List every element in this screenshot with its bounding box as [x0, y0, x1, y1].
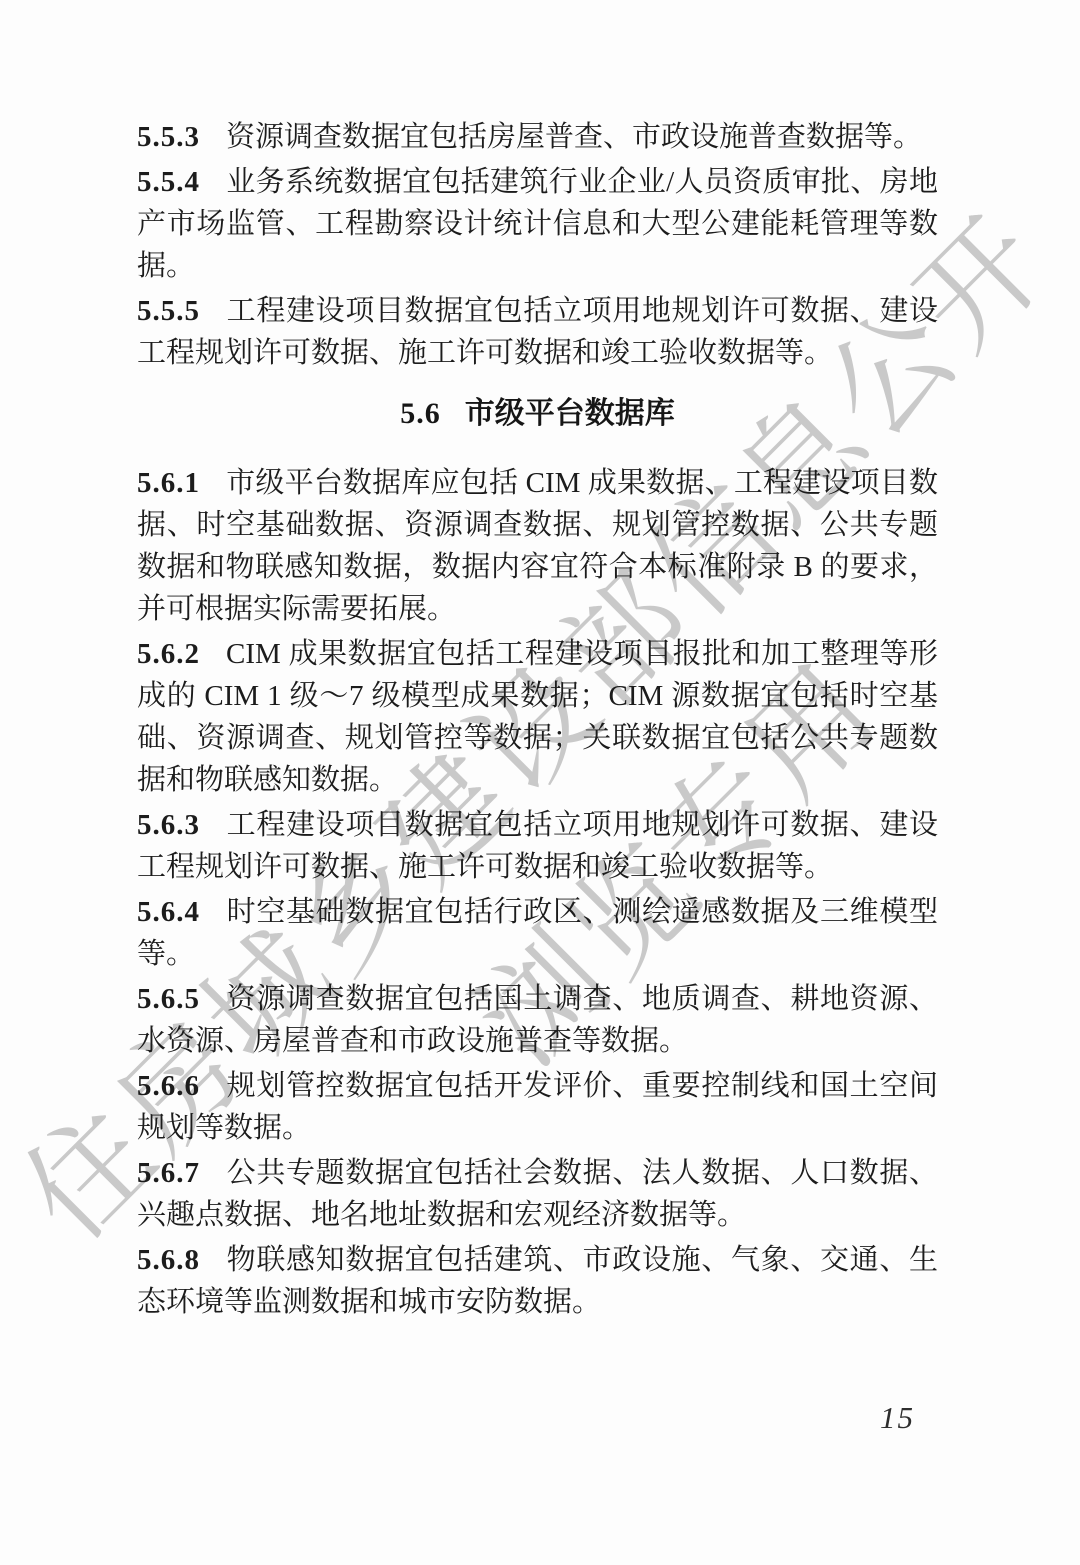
clause-5-5-3: 5.5.3资源调查数据宜包括房屋普查、市政设施普查数据等。	[137, 116, 938, 158]
clause-text: 物联感知数据宜包括建筑、市政设施、气象、交通、生态环境等监测数据和城市安防数据。	[137, 1244, 938, 1318]
clause-text: 规划管控数据宜包括开发评价、重要控制线和国土空间规划等数据。	[137, 1070, 938, 1144]
text-column: 5.5.3资源调查数据宜包括房屋普查、市政设施普查数据等。 5.5.4业务系统数…	[137, 116, 938, 1326]
page-number: 15	[880, 1400, 915, 1436]
clause-number: 5.6.6	[137, 1070, 200, 1102]
clause-number: 5.5.4	[137, 166, 200, 198]
clause-5-5-4: 5.5.4业务系统数据宜包括建筑行业企业/人员资质审批、房地产市场监管、工程勘察…	[137, 161, 938, 287]
clause-number: 5.6.5	[137, 983, 200, 1015]
clause-5-6-7: 5.6.7公共专题数据宜包括社会数据、法人数据、人口数据、兴趣点数据、地名地址数…	[137, 1152, 938, 1236]
clause-text: 资源调查数据宜包括房屋普查、市政设施普查数据等。	[226, 121, 922, 153]
clause-text: 公共专题数据宜包括社会数据、法人数据、人口数据、兴趣点数据、地名地址数据和宏观经…	[137, 1157, 938, 1231]
clause-5-6-6: 5.6.6规划管控数据宜包括开发评价、重要控制线和国土空间规划等数据。	[137, 1065, 938, 1149]
clause-text: 工程建设项目数据宜包括立项用地规划许可数据、建设工程规划许可数据、施工许可数据和…	[137, 809, 938, 883]
clause-text: 市级平台数据库应包括 CIM 成果数据、工程建设项目数据、时空基础数据、资源调查…	[137, 467, 938, 625]
clause-text: 资源调查数据宜包括国土调查、地质调查、耕地资源、水资源、房屋普查和市政设施普查等…	[137, 983, 938, 1057]
section-heading-number: 5.6	[400, 397, 441, 430]
clause-number: 5.6.8	[137, 1244, 200, 1276]
clause-number: 5.6.2	[137, 638, 200, 670]
clause-5-6-1: 5.6.1市级平台数据库应包括 CIM 成果数据、工程建设项目数据、时空基础数据…	[137, 462, 938, 630]
clause-number: 5.5.5	[137, 295, 200, 327]
section-heading-title: 市级平台数据库	[465, 397, 675, 430]
clause-5-6-2: 5.6.2CIM 成果数据宜包括工程建设项目报批和加工整理等形成的 CIM 1 …	[137, 633, 938, 801]
clause-text: CIM 成果数据宜包括工程建设项目报批和加工整理等形成的 CIM 1 级～7 级…	[137, 638, 938, 796]
clause-5-6-5: 5.6.5资源调查数据宜包括国土调查、地质调查、耕地资源、水资源、房屋普查和市政…	[137, 978, 938, 1062]
clause-number: 5.6.4	[137, 896, 200, 928]
clause-text: 业务系统数据宜包括建筑行业企业/人员资质审批、房地产市场监管、工程勘察设计统计信…	[137, 166, 938, 282]
clause-number: 5.6.7	[137, 1157, 200, 1189]
clause-text: 工程建设项目数据宜包括立项用地规划许可数据、建设工程规划许可数据、施工许可数据和…	[137, 295, 938, 369]
clause-5-5-5: 5.5.5工程建设项目数据宜包括立项用地规划许可数据、建设工程规划许可数据、施工…	[137, 290, 938, 374]
clause-number: 5.6.1	[137, 467, 200, 499]
section-heading-5-6: 5.6市级平台数据库	[137, 393, 938, 435]
clause-5-6-3: 5.6.3工程建设项目数据宜包括立项用地规划许可数据、建设工程规划许可数据、施工…	[137, 804, 938, 888]
clause-text: 时空基础数据宜包括行政区、测绘遥感数据及三维模型等。	[137, 896, 938, 970]
clause-number: 5.6.3	[137, 809, 200, 841]
clause-5-6-8: 5.6.8物联感知数据宜包括建筑、市政设施、气象、交通、生态环境等监测数据和城市…	[137, 1239, 938, 1323]
clause-5-6-4: 5.6.4时空基础数据宜包括行政区、测绘遥感数据及三维模型等。	[137, 891, 938, 975]
document-page: 住房城乡建设部信息公开 浏览专用 5.5.3资源调查数据宜包括房屋普查、市政设施…	[0, 0, 1080, 1565]
clause-number: 5.5.3	[137, 121, 200, 153]
